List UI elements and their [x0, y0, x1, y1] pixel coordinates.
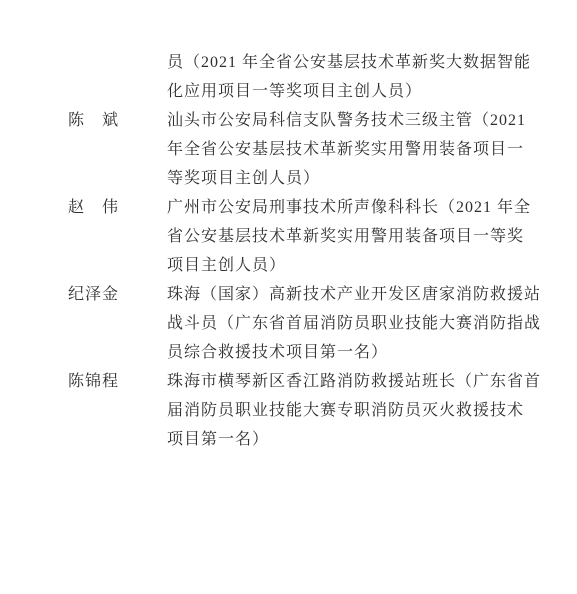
entry-name: 赵 伟: [68, 193, 167, 222]
entry-row: 纪泽金 珠海（国家）高新技术产业开发区唐家消防救援站 战斗员（广东省首届消防员职…: [0, 280, 577, 367]
entry-description: 珠海（国家）高新技术产业开发区唐家消防救援站 战斗员（广东省首届消防员职业技能大…: [167, 280, 547, 367]
entry-name: 陈 斌: [68, 106, 167, 135]
entry-row: 陈锦程 珠海市横琴新区香江路消防救援站班长（广东省首 届消防员职业技能大赛专职消…: [0, 367, 577, 454]
entry-row: 员（2021 年全省公安基层技术革新奖大数据智能 化应用项目一等奖项目主创人员）: [0, 48, 577, 106]
entry-row: 赵 伟 广州市公安局刑事技术所声像科科长（2021 年全 省公安基层技术革新奖实…: [0, 193, 577, 280]
entry-description: 广州市公安局刑事技术所声像科科长（2021 年全 省公安基层技术革新奖实用警用装…: [167, 193, 547, 280]
document-page: 员（2021 年全省公安基层技术革新奖大数据智能 化应用项目一等奖项目主创人员）…: [0, 0, 577, 594]
entry-name: 纪泽金: [68, 280, 167, 309]
entry-description: 员（2021 年全省公安基层技术革新奖大数据智能 化应用项目一等奖项目主创人员）: [167, 48, 547, 106]
entry-description: 珠海市横琴新区香江路消防救援站班长（广东省首 届消防员职业技能大赛专职消防员灭火…: [167, 367, 547, 454]
entry-name: 陈锦程: [68, 367, 167, 396]
entry-row: 陈 斌 汕头市公安局科信支队警务技术三级主管（2021 年全省公安基层技术革新奖…: [0, 106, 577, 193]
entry-description: 汕头市公安局科信支队警务技术三级主管（2021 年全省公安基层技术革新奖实用警用…: [167, 106, 547, 193]
